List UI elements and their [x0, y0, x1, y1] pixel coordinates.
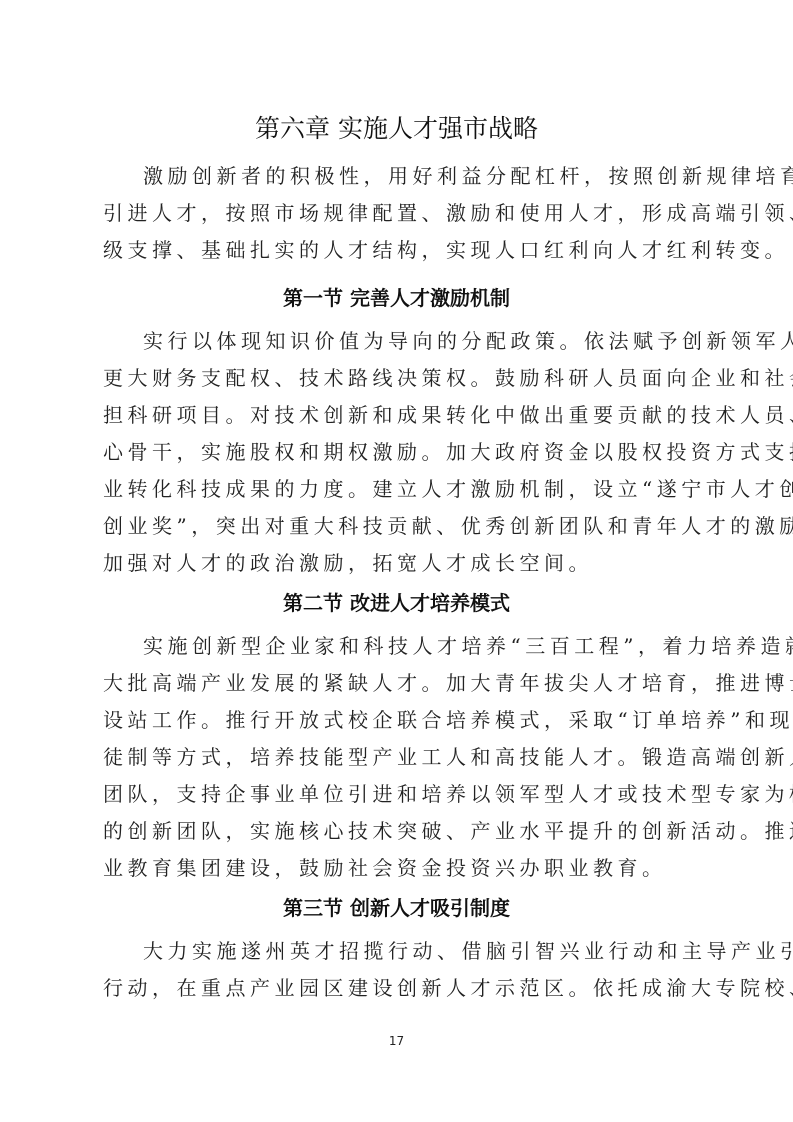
- section-title-3: 第三节 创新人才吸引制度: [0, 893, 793, 923]
- paragraph-line: 徒制等方式，培养技能型产业工人和高技能人才。锻造高端创新人才: [103, 739, 695, 776]
- paragraph-line: 实行以体现知识价值为导向的分配政策。依法赋予创新领军人才: [103, 323, 695, 360]
- document-page: 第六章 实施人才强市战略 激励创新者的积极性，用好利益分配杠杆，按照创新规律培育…: [0, 0, 793, 1122]
- section-2-paragraph: 实施创新型企业家和科技人才培养“三百工程”，着力培养造就一 大批高端产业发展的紧…: [103, 628, 695, 887]
- paragraph-line: 的创新团队，实施核心技术突破、产业水平提升的创新活动。推进职: [103, 813, 695, 850]
- paragraph-line: 加强对人才的政治激励，拓宽人才成长空间。: [103, 545, 695, 582]
- paragraph-line: 大批高端产业发展的紧缺人才。加大青年拔尖人才培育，推进博士后: [103, 665, 695, 702]
- page-number: 17: [0, 1034, 793, 1048]
- paragraph-line: 激励创新者的积极性，用好利益分配杠杆，按照创新规律培育和: [103, 158, 695, 195]
- section-3-paragraph: 大力实施遂州英才招揽行动、借脑引智兴业行动和主导产业引才 行动，在重点产业园区建…: [103, 933, 695, 1007]
- paragraph-line: 实施创新型企业家和科技人才培养“三百工程”，着力培养造就一: [103, 628, 695, 665]
- paragraph-line: 创业奖”，突出对重大科技贡献、优秀创新团队和青年人才的激励。: [103, 508, 695, 545]
- chapter-intro-paragraph: 激励创新者的积极性，用好利益分配杠杆，按照创新规律培育和 引进人才，按照市场规律…: [103, 158, 695, 269]
- section-title-2: 第二节 改进人才培养模式: [0, 588, 793, 618]
- paragraph-line: 大力实施遂州英才招揽行动、借脑引智兴业行动和主导产业引才: [103, 933, 695, 970]
- chapter-title: 第六章 实施人才强市战略: [0, 112, 793, 146]
- paragraph-line: 团队，支持企事业单位引进和培养以领军型人才或技术型专家为核心: [103, 776, 695, 813]
- paragraph-line: 设站工作。推行开放式校企联合培养模式，采取“订单培养”和现代学: [103, 702, 695, 739]
- paragraph-line: 担科研项目。对技术创新和成果转化中做出重要贡献的技术人员、核: [103, 397, 695, 434]
- paragraph-line: 更大财务支配权、技术路线决策权。鼓励科研人员面向企业和社会承: [103, 360, 695, 397]
- paragraph-line: 心骨干，实施股权和期权激励。加大政府资金以股权投资方式支持企: [103, 434, 695, 471]
- section-title-1: 第一节 完善人才激励机制: [0, 283, 793, 313]
- paragraph-line: 行动，在重点产业园区建设创新人才示范区。依托成渝大专院校、科: [103, 970, 695, 1007]
- paragraph-line: 业教育集团建设，鼓励社会资金投资兴办职业教育。: [103, 850, 695, 887]
- paragraph-line: 级支撑、基础扎实的人才结构，实现人口红利向人才红利转变。: [103, 232, 695, 269]
- paragraph-line: 业转化科技成果的力度。建立人才激励机制，设立“遂宁市人才创新: [103, 471, 695, 508]
- section-1-paragraph: 实行以体现知识价值为导向的分配政策。依法赋予创新领军人才 更大财务支配权、技术路…: [103, 323, 695, 582]
- paragraph-line: 引进人才，按照市场规律配置、激励和使用人才，形成高端引领、中: [103, 195, 695, 232]
